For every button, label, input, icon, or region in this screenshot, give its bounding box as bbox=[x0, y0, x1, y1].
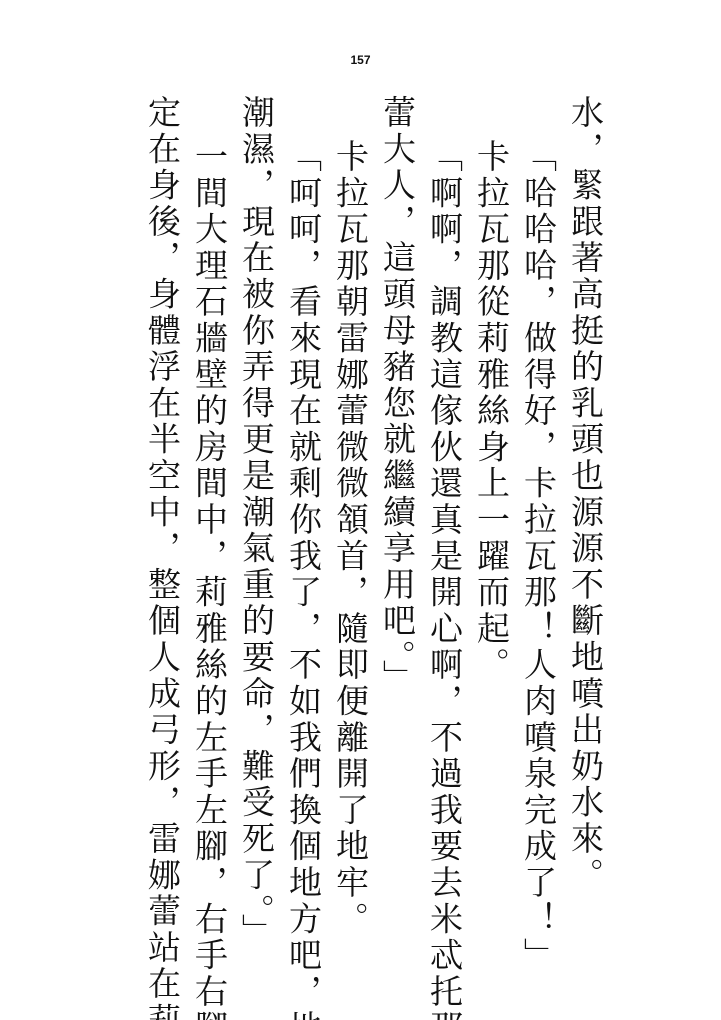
text-column-8: 潮濕，現在被你弄得更是潮氣重的要命，難受死了。」 bbox=[233, 95, 280, 975]
text-column-2: 「哈哈哈，做得好，卡拉瓦那！人肉噴泉完成了！」 bbox=[515, 95, 562, 975]
body-text: 水，緊跟著高挺的乳頭也源源不斷地噴出奶水來。 「哈哈哈，做得好，卡拉瓦那！人肉噴… bbox=[139, 95, 609, 975]
text-column-6: 卡拉瓦那朝雷娜蕾微微頷首，隨即便離開了地牢。 bbox=[327, 95, 374, 975]
text-column-9: 一間大理石牆壁的房間中，莉雅絲的左手左腳，右手右腳被魔法陣固 bbox=[186, 95, 233, 975]
text-column-3: 卡拉瓦那從莉雅絲身上一躍而起。 bbox=[468, 95, 515, 975]
text-column-4: 「啊啊，調教這傢伙還真是開心啊，不過我要去米忒托那邊了，雷娜 bbox=[421, 95, 468, 975]
text-column-7: 「呵呵，看來現在就剩你我了，不如我們換個地方吧，地牢本就陰暗 bbox=[280, 95, 327, 975]
text-column-10: 定在身後，身體浮在半空中，整個人成弓形，雷娜蕾站在莉雅絲的身後， bbox=[139, 95, 186, 975]
text-column-5: 蕾大人，這頭母豬您就繼續享用吧。」 bbox=[374, 95, 421, 975]
text-column-1: 水，緊跟著高挺的乳頭也源源不斷地噴出奶水來。 bbox=[562, 95, 609, 975]
page-number: 157 bbox=[0, 53, 721, 67]
